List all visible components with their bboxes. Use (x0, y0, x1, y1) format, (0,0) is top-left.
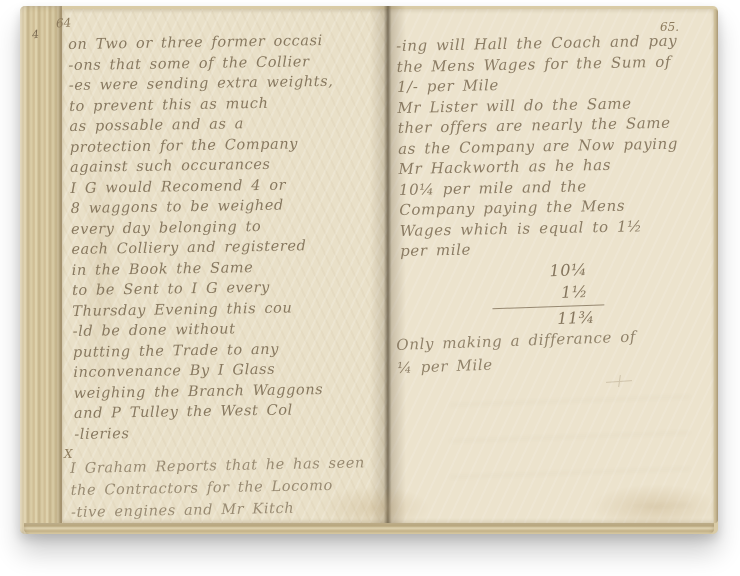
pence-addition-sum: 10¼ 1½ 11¾ (491, 258, 623, 332)
pencil-cross-mark (606, 374, 632, 388)
ink-bleed-through (450, 386, 690, 506)
left-page-number: 64 (56, 15, 72, 30)
right-page-edge (713, 9, 718, 523)
edge-tab-page-number: 4 (31, 28, 40, 42)
left-page-handwriting: on Two or three former occasi-ons that s… (68, 30, 386, 445)
bottom-page-edges (24, 523, 714, 534)
left-page-footnote: I Graham Reports that he has seenthe Con… (70, 452, 391, 524)
manuscript-photo: 4 64 65. on Two or three former occasi-o… (0, 0, 740, 576)
sum-addend: 1½ (492, 280, 623, 307)
open-notebook: 4 64 65. on Two or three former occasi-o… (20, 6, 718, 534)
page-edge-stack: 4 (20, 6, 62, 534)
right-page-handwriting: -ing will Hall the Coach and paythe Mens… (396, 30, 716, 262)
